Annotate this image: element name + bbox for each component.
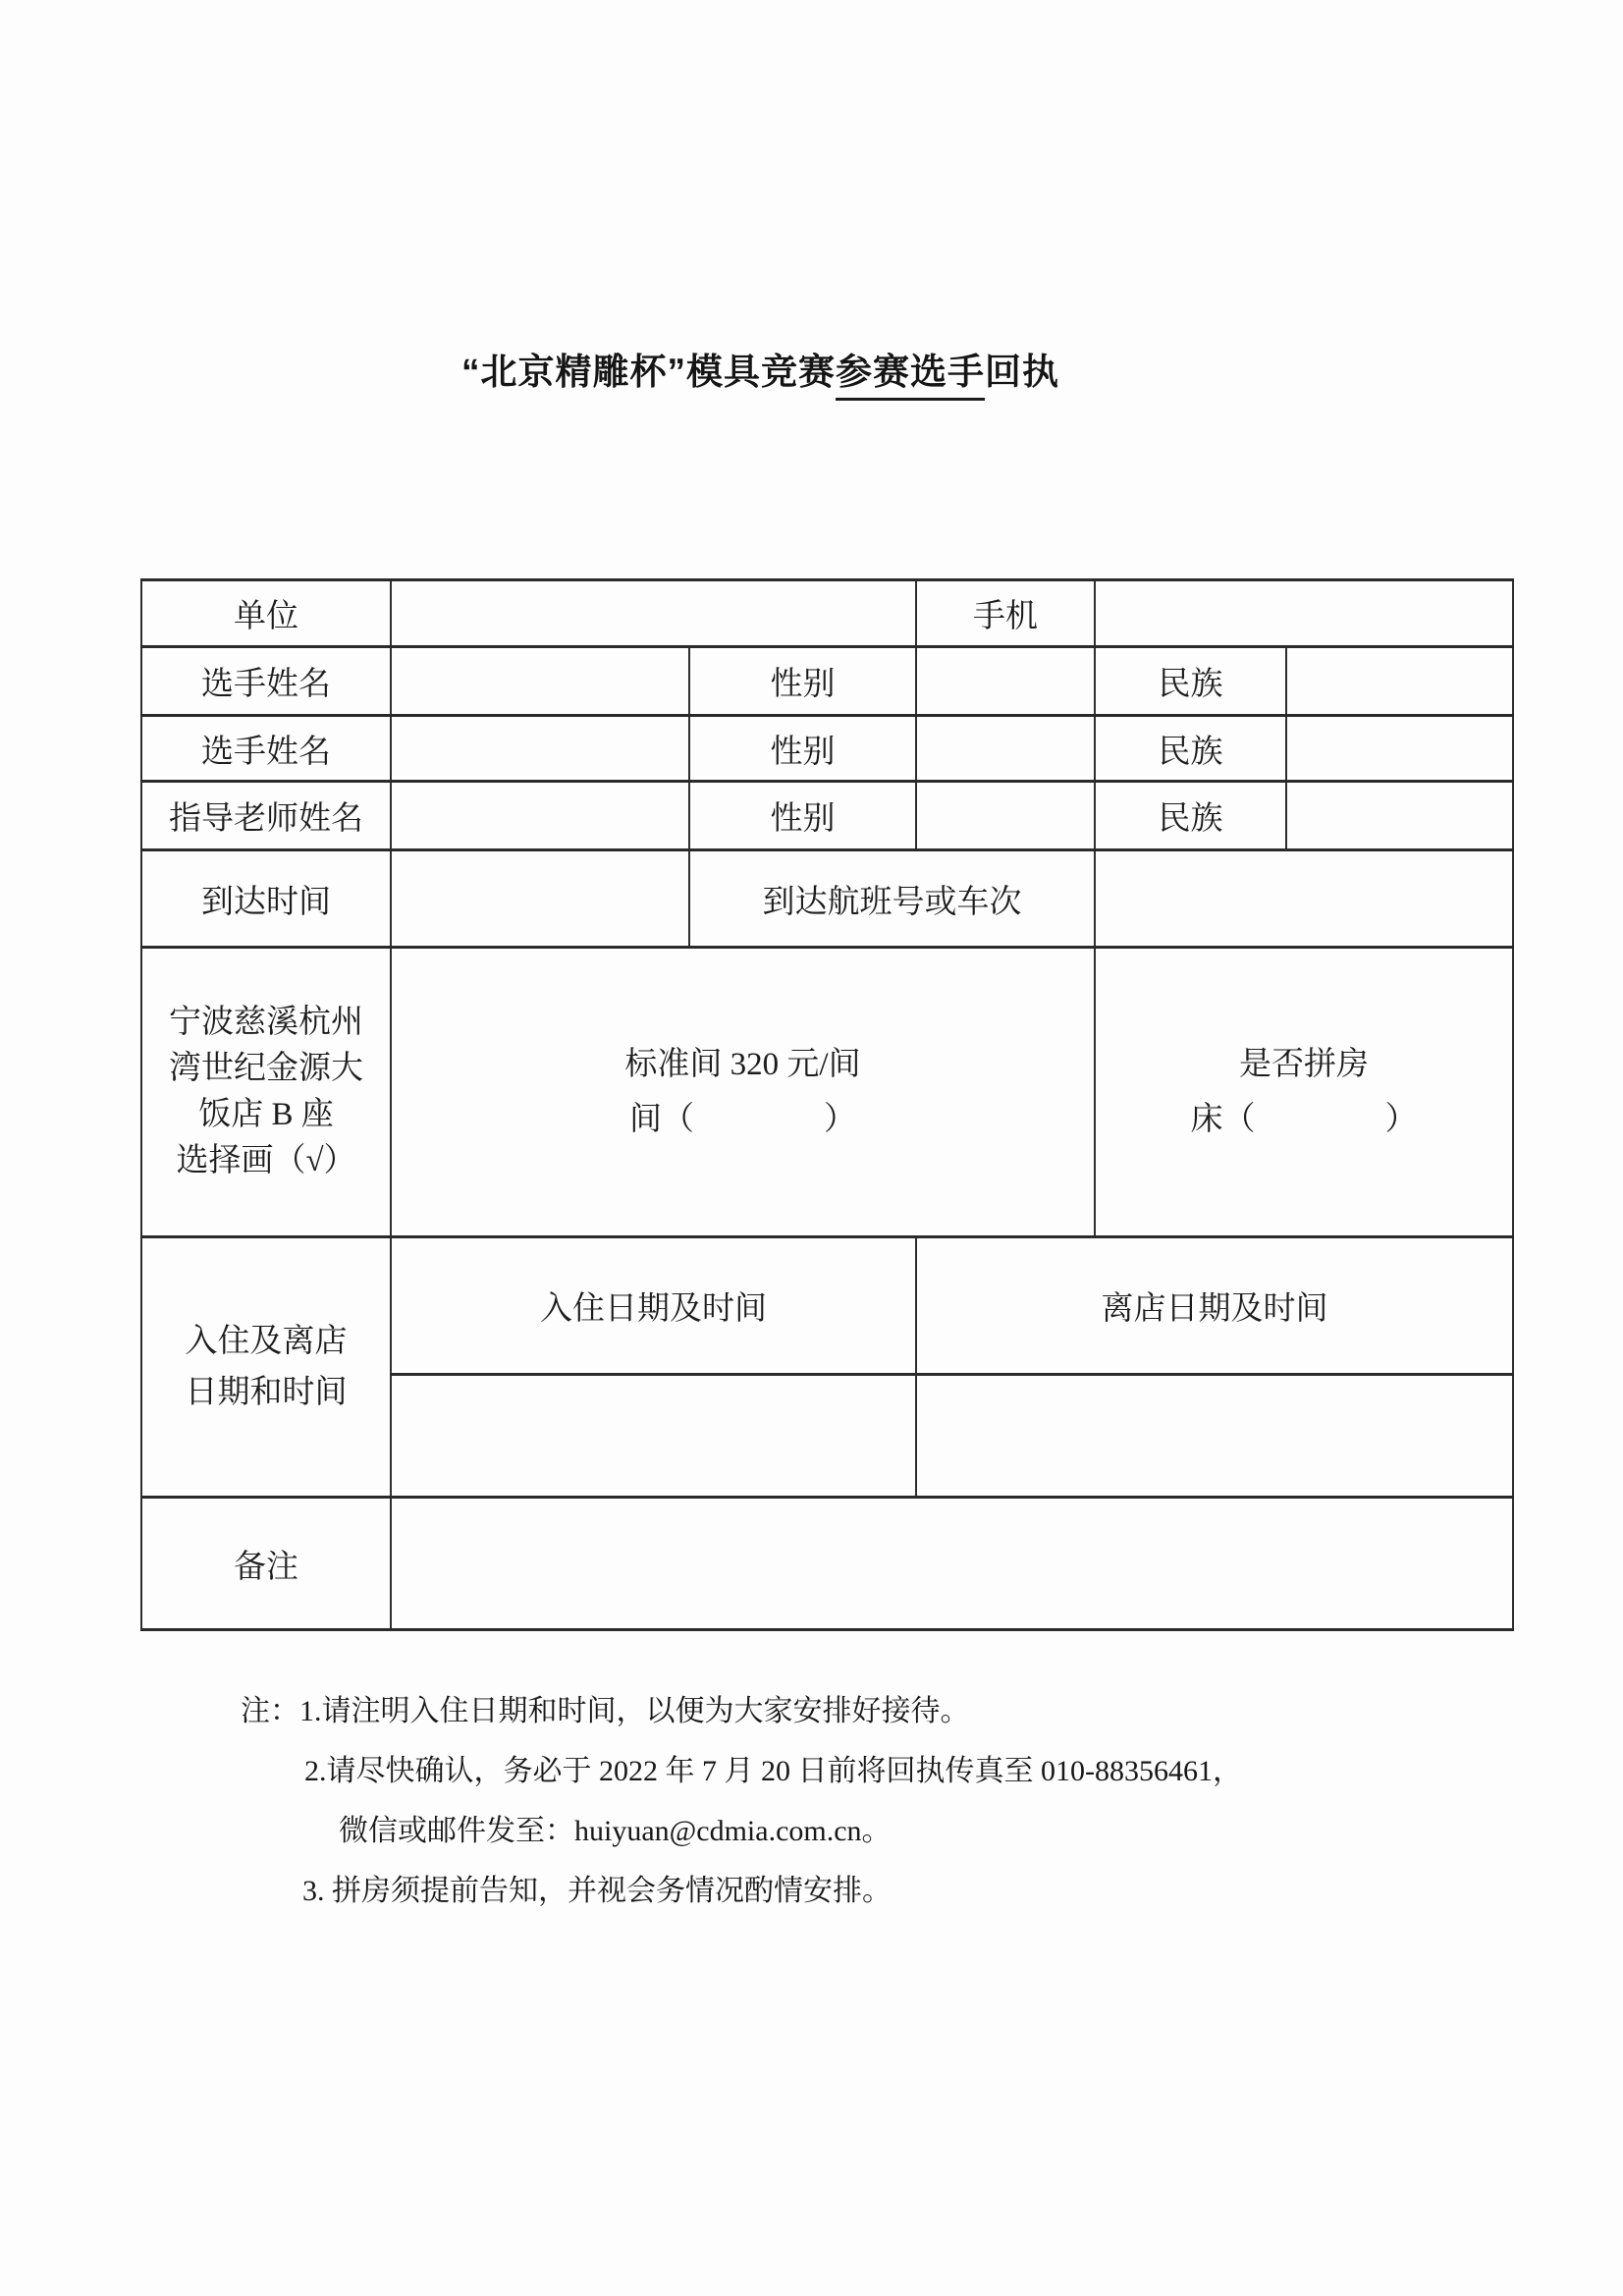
page-title: “北京精雕杯”模具竞赛参赛选手回执	[0, 342, 1572, 401]
contestant2-ethnicity-label-cell: 民族	[1095, 716, 1286, 782]
unit-input-cell	[391, 580, 916, 647]
note-line-3: 微信或邮件发至：huiyuan@cdmia.com.cn。	[339, 1801, 1623, 1861]
row-hotel: 宁波慈溪杭州 湾世纪金源大 饭店 B 座 选择画（√） 标准间 320 元/间 …	[141, 948, 1513, 1237]
hotel-line-3: 饭店 B 座	[142, 1092, 390, 1138]
row-remarks: 备注	[141, 1498, 1513, 1630]
checkin-input-cell	[391, 1375, 916, 1498]
unit-label-cell: 单位	[141, 580, 391, 647]
row-unit: 单位 手机	[141, 580, 1513, 647]
checkout-label-cell: 离店日期及时间	[916, 1237, 1513, 1375]
contestant1-ethnicity-label-cell: 民族	[1095, 647, 1286, 716]
instructor-ethnicity-input-cell	[1286, 782, 1513, 850]
row-arrival: 到达时间 到达航班号或车次	[141, 850, 1513, 948]
arrival-flight-label-cell: 到达航班号或车次	[689, 850, 1095, 948]
instructor-name-label-cell: 指导老师姓名	[141, 782, 391, 850]
remarks-input-cell	[391, 1498, 1513, 1630]
remarks-label-cell: 备注	[141, 1498, 391, 1630]
room-count-line: 间（ ）	[392, 1092, 1094, 1147]
reply-form-table: 单位 手机 选手姓名 性别 民族 选手姓名 性别 民族 指导老师姓名 性别 民族…	[140, 578, 1514, 1631]
hotel-line-2: 湾世纪金源大	[142, 1046, 390, 1092]
row-instructor: 指导老师姓名 性别 民族	[141, 782, 1513, 850]
instructor-name-input-cell	[391, 782, 689, 850]
arrival-time-label-cell: 到达时间	[141, 850, 391, 948]
contestant1-name-label-cell: 选手姓名	[141, 647, 391, 716]
row-contestant-1: 选手姓名 性别 民族	[141, 647, 1513, 716]
room-price-line: 标准间 320 元/间	[392, 1037, 1094, 1092]
note-line-4: 3. 拼房须提前告知，并视会务情况酌情安排。	[302, 1861, 1623, 1921]
mobile-label-cell: 手机	[916, 580, 1095, 647]
hotel-line-1: 宁波慈溪杭州	[142, 1000, 390, 1046]
contestant1-ethnicity-input-cell	[1286, 647, 1513, 716]
contestant2-ethnicity-input-cell	[1286, 716, 1513, 782]
share-bed-line: 床（ ）	[1096, 1092, 1512, 1147]
share-room-line: 是否拼房	[1096, 1037, 1512, 1092]
contestant2-gender-input-cell	[916, 716, 1095, 782]
note-line-1: 注：1.请注明入住日期和时间，以便为大家安排好接待。	[241, 1681, 1623, 1741]
note-line-2: 2.请尽快确认，务必于 2022 年 7 月 20 日前将回执传真至 010-8…	[304, 1741, 1623, 1801]
notes-section: 注：1.请注明入住日期和时间，以便为大家安排好接待。 2.请尽快确认，务必于 2…	[0, 1681, 1623, 1921]
hotel-line-4: 选择画（√）	[142, 1138, 390, 1184]
contestant1-gender-label-cell: 性别	[689, 647, 916, 716]
stay-label-line-2: 日期和时间	[142, 1367, 390, 1418]
room-option-cell: 标准间 320 元/间 间（ ）	[391, 948, 1095, 1237]
contestant2-gender-label-cell: 性别	[689, 716, 916, 782]
page-title-prefix: “北京精雕杯”模具竞赛	[461, 352, 836, 392]
arrival-time-input-cell	[391, 850, 689, 948]
checkin-label-cell: 入住日期及时间	[391, 1237, 916, 1375]
contestant2-name-input-cell	[391, 716, 689, 782]
row-stay-header: 入住及离店 日期和时间 入住日期及时间 离店日期及时间	[141, 1237, 1513, 1375]
instructor-ethnicity-label-cell: 民族	[1095, 782, 1286, 850]
hotel-label-cell: 宁波慈溪杭州 湾世纪金源大 饭店 B 座 选择画（√）	[141, 948, 391, 1237]
contestant2-name-label-cell: 选手姓名	[141, 716, 391, 782]
contestant1-name-input-cell	[391, 647, 689, 716]
page-title-suffix: 回执	[985, 352, 1059, 392]
instructor-gender-label-cell: 性别	[689, 782, 916, 850]
stay-label-cell: 入住及离店 日期和时间	[141, 1237, 391, 1498]
page-title-underlined: 参赛选手	[836, 342, 985, 401]
row-contestant-2: 选手姓名 性别 民族	[141, 716, 1513, 782]
contestant1-gender-input-cell	[916, 647, 1095, 716]
mobile-input-cell	[1095, 580, 1513, 647]
share-room-cell: 是否拼房 床（ ）	[1095, 948, 1513, 1237]
checkout-input-cell	[916, 1375, 1513, 1498]
stay-label-line-1: 入住及离店	[142, 1316, 390, 1367]
arrival-flight-input-cell	[1095, 850, 1513, 948]
instructor-gender-input-cell	[916, 782, 1095, 850]
